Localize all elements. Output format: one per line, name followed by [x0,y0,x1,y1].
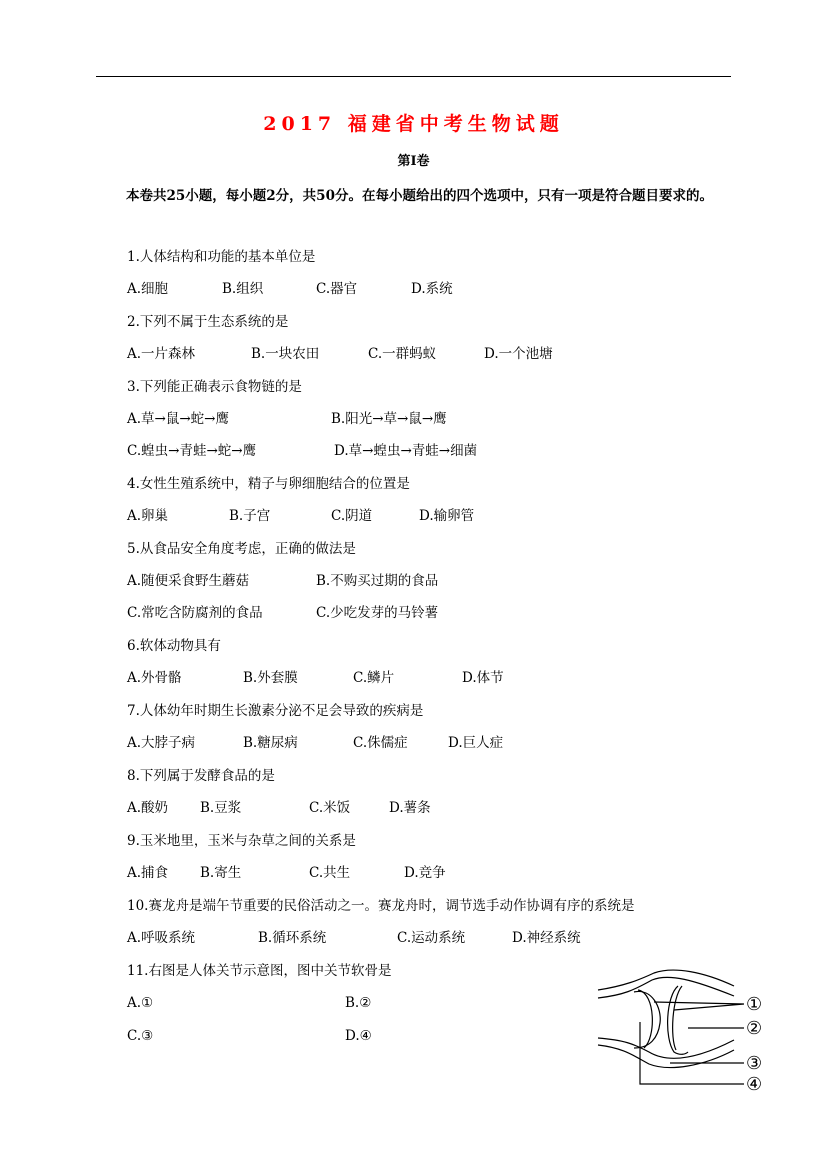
option-a: A.草→鼠→蛇→鹰 [127,410,229,428]
question-stem: 4.女性生殖系统中，精子与卵细胞结合的位置是 [127,475,410,493]
option-b: B.循环系统 [258,929,326,947]
label-1: ① [746,994,762,1015]
question-stem: 1.人体结构和功能的基本单位是 [127,248,315,266]
option-b: B.豆浆 [200,799,241,817]
option-a: A.外骨骼 [127,669,182,687]
option-d: D.输卵管 [419,507,474,525]
option-d: D.④ [345,1027,372,1045]
option-a: A.随便采食野生蘑菇 [127,572,249,590]
option-c: C.蝗虫→青蛙→蛇→鹰 [127,442,256,460]
option-b: B.寄生 [200,864,241,882]
joint-capsule-upper-inner [598,977,734,998]
option-d: D.体节 [462,669,504,687]
option-c: C.米饭 [309,799,350,817]
option-a: A.卵巢 [127,507,168,525]
option-d: D.巨人症 [448,734,503,752]
label-2: ② [746,1018,762,1039]
question-stem: 3.下列能正确表示食物链的是 [127,378,302,396]
option-c: C.常吃含防腐剂的食品 [127,604,263,622]
option-d: C.少吃发芽的马铃薯 [316,604,438,622]
option-c: C.③ [127,1027,153,1045]
option-a: A.捕食 [127,864,168,882]
question-stem: 5.从食品安全角度考虑，正确的做法是 [127,540,356,558]
option-b: B.外套膜 [243,669,298,687]
joint-capsule-upper-outer [598,970,734,990]
leader-line-1 [654,1002,744,1010]
option-d: D.薯条 [389,799,431,817]
option-c: C.器官 [316,280,357,298]
question-stem: 8.下列属于发酵食品的是 [127,767,275,785]
option-c: C.侏儒症 [353,734,408,752]
volume-heading: 第Ⅰ卷 [0,150,827,169]
header-rule [96,76,731,77]
joint-capsule-lower-inner [598,1038,734,1058]
option-d: D.竞争 [404,864,446,882]
joint-diagram: ① ② ③ ④ [594,968,799,1098]
option-a: A.酸奶 [127,799,168,817]
option-b: B.阳光→草→鼠→鹰 [331,410,447,428]
option-a: A.细胞 [127,280,168,298]
option-b: B.② [345,994,371,1012]
label-3: ③ [746,1053,762,1074]
option-c: C.一群蚂蚁 [368,345,436,363]
joint-socket [668,986,688,1054]
option-b: B.一块农田 [251,345,319,363]
option-d: D.一个池塘 [484,345,553,363]
question-stem: 2.下列不属于生态系统的是 [127,313,288,331]
option-b: B.不购买过期的食品 [316,572,438,590]
option-c: C.运动系统 [397,929,465,947]
option-a: A.大脖子病 [127,734,195,752]
option-d: D.草→蝗虫→青蛙→细菌 [334,442,477,460]
option-d: D.神经系统 [512,929,581,947]
question-stem: 11.右图是人体关节示意图，图中关节软骨是 [127,962,391,980]
option-b: B.糖尿病 [243,734,298,752]
option-c: C.鳞片 [353,669,394,687]
question-stem: 10.赛龙舟是端午节重要的民俗活动之一。赛龙舟时，调节选手动作协调有序的系统是 [127,897,634,915]
option-c: C.共生 [309,864,350,882]
option-a: A.① [127,994,153,1012]
joint-capsule-lower-outer [598,1045,734,1068]
option-d: D.系统 [411,280,453,298]
instructions: 本卷共25小题，每小题2分，共50分。在每小题给出的四个选项中，只有一项是符合题… [98,182,738,210]
option-c: C.阴道 [331,507,372,525]
question-stem: 6.软体动物具有 [127,637,221,655]
label-4: ④ [746,1074,762,1095]
question-stem: 7.人体幼年时期生长激素分泌不足会导致的疾病是 [127,702,423,720]
page-title: 2017 福建省中考生物试题 [0,109,827,136]
option-a: A.呼吸系统 [127,929,195,947]
option-b: B.子宫 [229,507,270,525]
option-a: A.一片森林 [127,345,195,363]
joint-socket-cartilage [673,986,682,1050]
joint-head [634,991,660,1048]
option-b: B.组织 [222,280,263,298]
question-stem: 9.玉米地里，玉米与杂草之间的关系是 [127,832,356,850]
